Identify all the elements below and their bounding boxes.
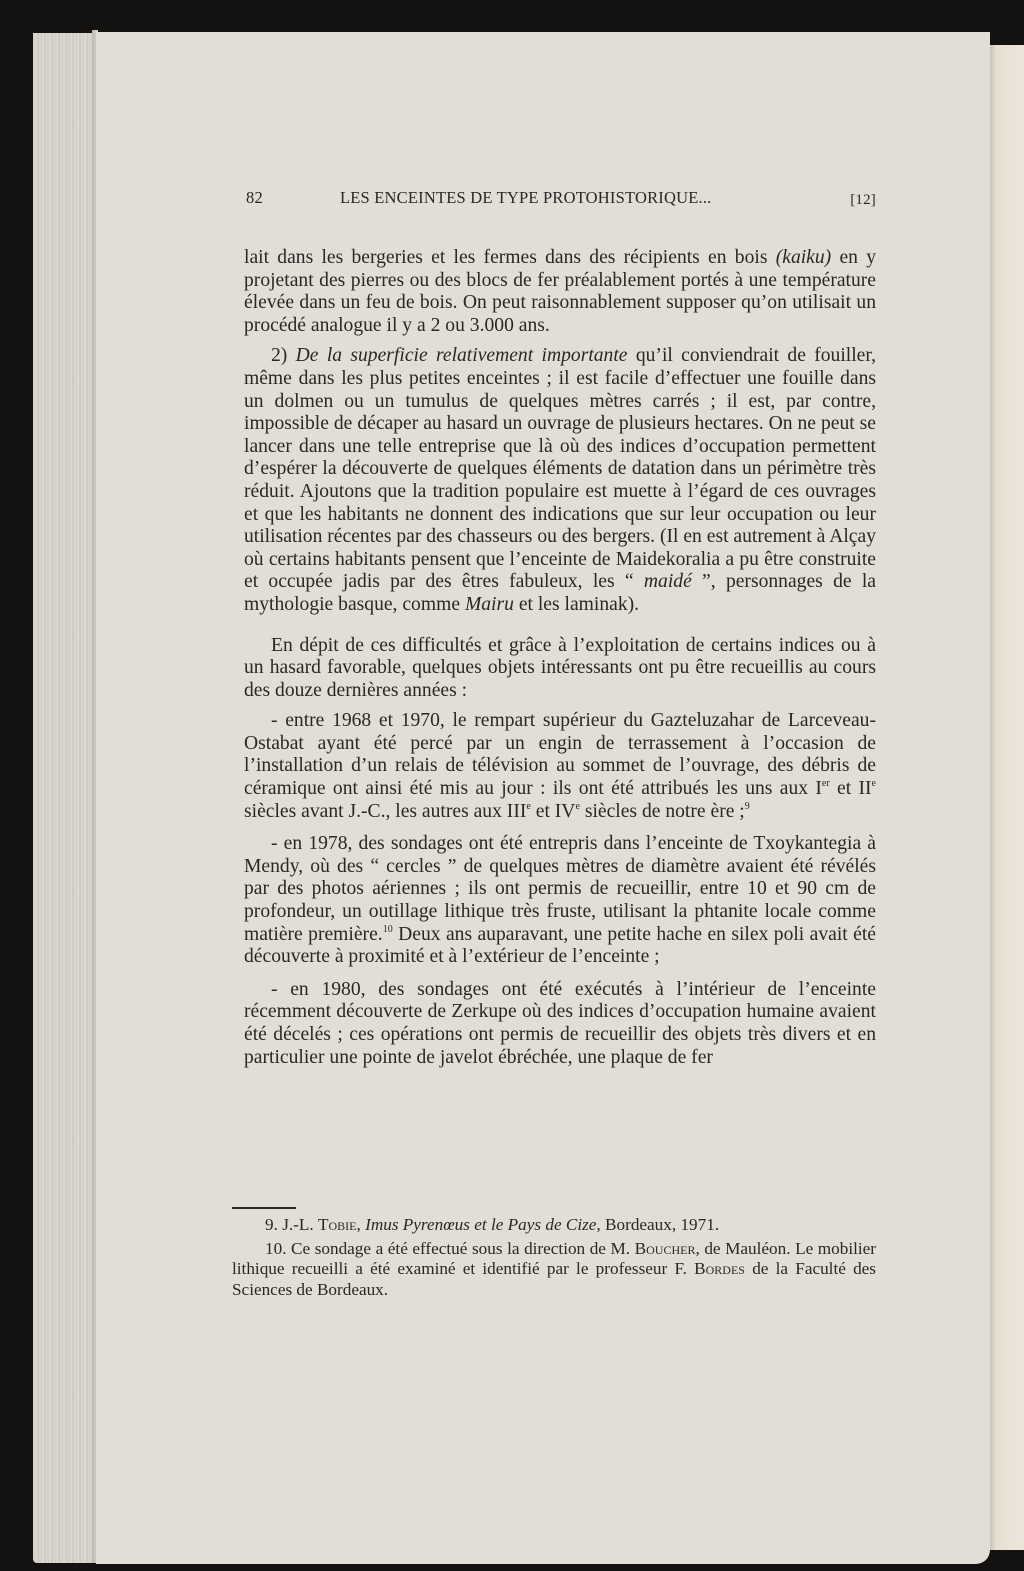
paragraph-4: - entre 1968 et 1970, le rempart supérie…: [244, 710, 876, 823]
running-head: 82 LES ENCEINTES DE TYPE PROTOHISTORIQUE…: [246, 188, 876, 212]
page-number: 82: [246, 188, 263, 208]
italic-term: maidé: [644, 571, 692, 592]
footnote-9: 9. J.-L. Tobie, Imus Pyrenœus et le Pays…: [232, 1215, 876, 1236]
list-number: 2): [271, 345, 296, 366]
superscript: e: [872, 778, 876, 789]
text-run: 9. J.-L.: [265, 1215, 318, 1234]
page-edge-stack: [33, 33, 93, 1563]
paragraph-1: lait dans les bergeries et les fermes da…: [244, 247, 876, 337]
footnote-ref-9[interactable]: 9: [745, 801, 750, 812]
text-run: qu’il conviendrait de fouiller, même dan…: [244, 345, 876, 592]
text-run: Bordeaux, 1971.: [601, 1215, 719, 1234]
text-run: - en 1980, des sondages ont été exécutés…: [244, 979, 876, 1068]
superscript: er: [822, 778, 830, 789]
text-run: et II: [830, 778, 872, 799]
footnote-ref-10[interactable]: 10: [383, 924, 393, 935]
body-text: lait dans les bergeries et les fermes da…: [244, 247, 876, 1069]
section-number: [12]: [850, 192, 876, 209]
text-run: et IV: [531, 801, 576, 822]
text-run: ,: [357, 1215, 366, 1234]
footnote-divider: [232, 1207, 296, 1209]
book-title: Imus Pyrenœus et le Pays de Cize,: [365, 1215, 601, 1234]
paragraph-2: 2) De la superficie relativement importa…: [244, 345, 876, 616]
text-run: 10. Ce sondage a été effectué sous la di…: [265, 1239, 635, 1258]
italic-phrase: De la superficie relativement importante: [296, 345, 628, 366]
italic-term: Mairu: [465, 594, 514, 615]
text-run: - entre 1968 et 1970, le rempart supérie…: [244, 710, 876, 799]
text-run: et les laminak).: [514, 594, 639, 615]
paragraph-3: En dépit de ces difficultés et grâce à l…: [244, 635, 876, 703]
author-name: Tobie: [318, 1215, 357, 1234]
adjacent-page-edge: [990, 45, 1024, 1550]
text-run: siècles avant J.-C., les autres aux III: [244, 801, 526, 822]
footnotes: 9. J.-L. Tobie, Imus Pyrenœus et le Pays…: [232, 1215, 876, 1300]
footnote-10: 10. Ce sondage a été effectué sous la di…: [232, 1239, 876, 1301]
text-run: siècles de notre ère ;: [580, 801, 745, 822]
text-run: lait dans les bergeries et les fermes da…: [244, 247, 776, 268]
text-run: En dépit de ces difficultés et grâce à l…: [244, 635, 876, 701]
paragraph-6: - en 1980, des sondages ont été exécutés…: [244, 979, 876, 1069]
italic-term: (kaiku): [776, 247, 831, 268]
paragraph-5: - en 1978, des sondages ont été entrepri…: [244, 833, 876, 969]
person-name: Bordes: [694, 1259, 745, 1278]
running-title: LES ENCEINTES DE TYPE PROTOHISTORIQUE...: [340, 188, 711, 208]
person-name: Boucher: [635, 1239, 696, 1258]
